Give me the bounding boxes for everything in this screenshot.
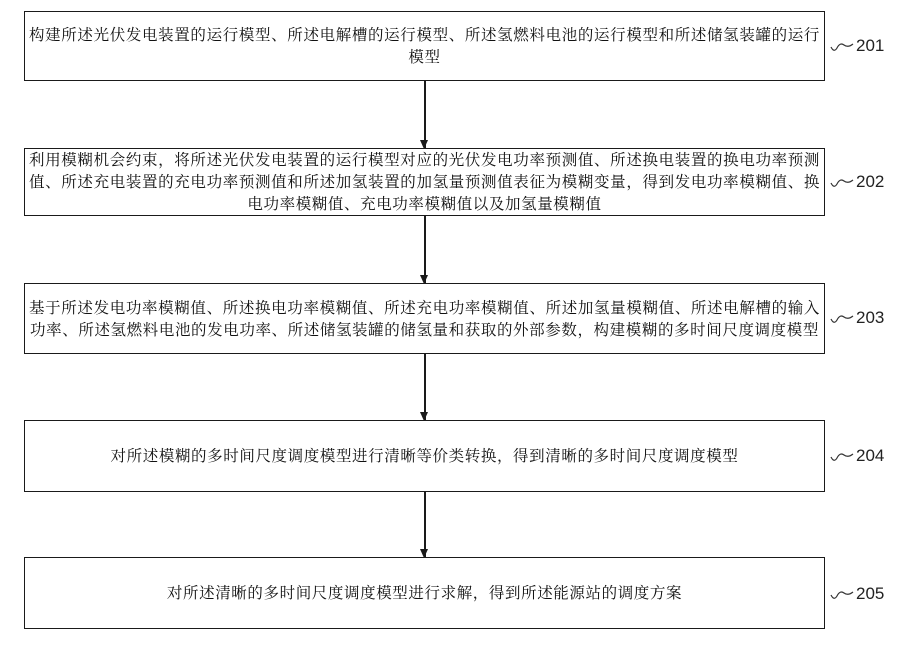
arrow-204-205 xyxy=(424,492,426,557)
arrow-201-202 xyxy=(424,81,426,148)
step-label-205: 205 xyxy=(830,584,884,604)
leader-squiggle-icon xyxy=(830,311,854,325)
leader-squiggle-icon xyxy=(830,587,854,601)
step-box-204: 对所述模糊的多时间尺度调度模型进行清晰等价类转换，得到清晰的多时间尺度调度模型 xyxy=(24,420,825,492)
arrow-203-204 xyxy=(424,354,426,420)
step-box-205: 对所述清晰的多时间尺度调度模型进行求解，得到所述能源站的调度方案 xyxy=(24,557,825,629)
step-text-202: 利用模糊机会约束，将所述光伏发电装置的运行模型对应的光伏发电功率预测值、所述换电… xyxy=(25,149,824,215)
step-number-204: 204 xyxy=(856,446,884,466)
step-label-203: 203 xyxy=(830,308,884,328)
step-label-201: 201 xyxy=(830,36,884,56)
step-label-202: 202 xyxy=(830,172,884,192)
step-label-204: 204 xyxy=(830,446,884,466)
step-box-201: 构建所述光伏发电装置的运行模型、所述电解槽的运行模型、所述氢燃料电池的运行模型和… xyxy=(24,11,825,81)
step-number-201: 201 xyxy=(856,36,884,56)
step-text-201: 构建所述光伏发电装置的运行模型、所述电解槽的运行模型、所述氢燃料电池的运行模型和… xyxy=(25,24,824,68)
step-box-203: 基于所述发电功率模糊值、所述换电功率模糊值、所述充电功率模糊值、所述加氢量模糊值… xyxy=(24,283,825,354)
step-number-202: 202 xyxy=(856,172,884,192)
leader-squiggle-icon xyxy=(830,449,854,463)
step-number-203: 203 xyxy=(856,308,884,328)
arrow-202-203 xyxy=(424,216,426,283)
step-text-203: 基于所述发电功率模糊值、所述换电功率模糊值、所述充电功率模糊值、所述加氢量模糊值… xyxy=(25,297,824,341)
leader-squiggle-icon xyxy=(830,175,854,189)
leader-squiggle-icon xyxy=(830,39,854,53)
step-number-205: 205 xyxy=(856,584,884,604)
step-box-202: 利用模糊机会约束，将所述光伏发电装置的运行模型对应的光伏发电功率预测值、所述换电… xyxy=(24,148,825,216)
step-text-204: 对所述模糊的多时间尺度调度模型进行清晰等价类转换，得到清晰的多时间尺度调度模型 xyxy=(25,445,824,467)
step-text-205: 对所述清晰的多时间尺度调度模型进行求解，得到所述能源站的调度方案 xyxy=(25,582,824,604)
